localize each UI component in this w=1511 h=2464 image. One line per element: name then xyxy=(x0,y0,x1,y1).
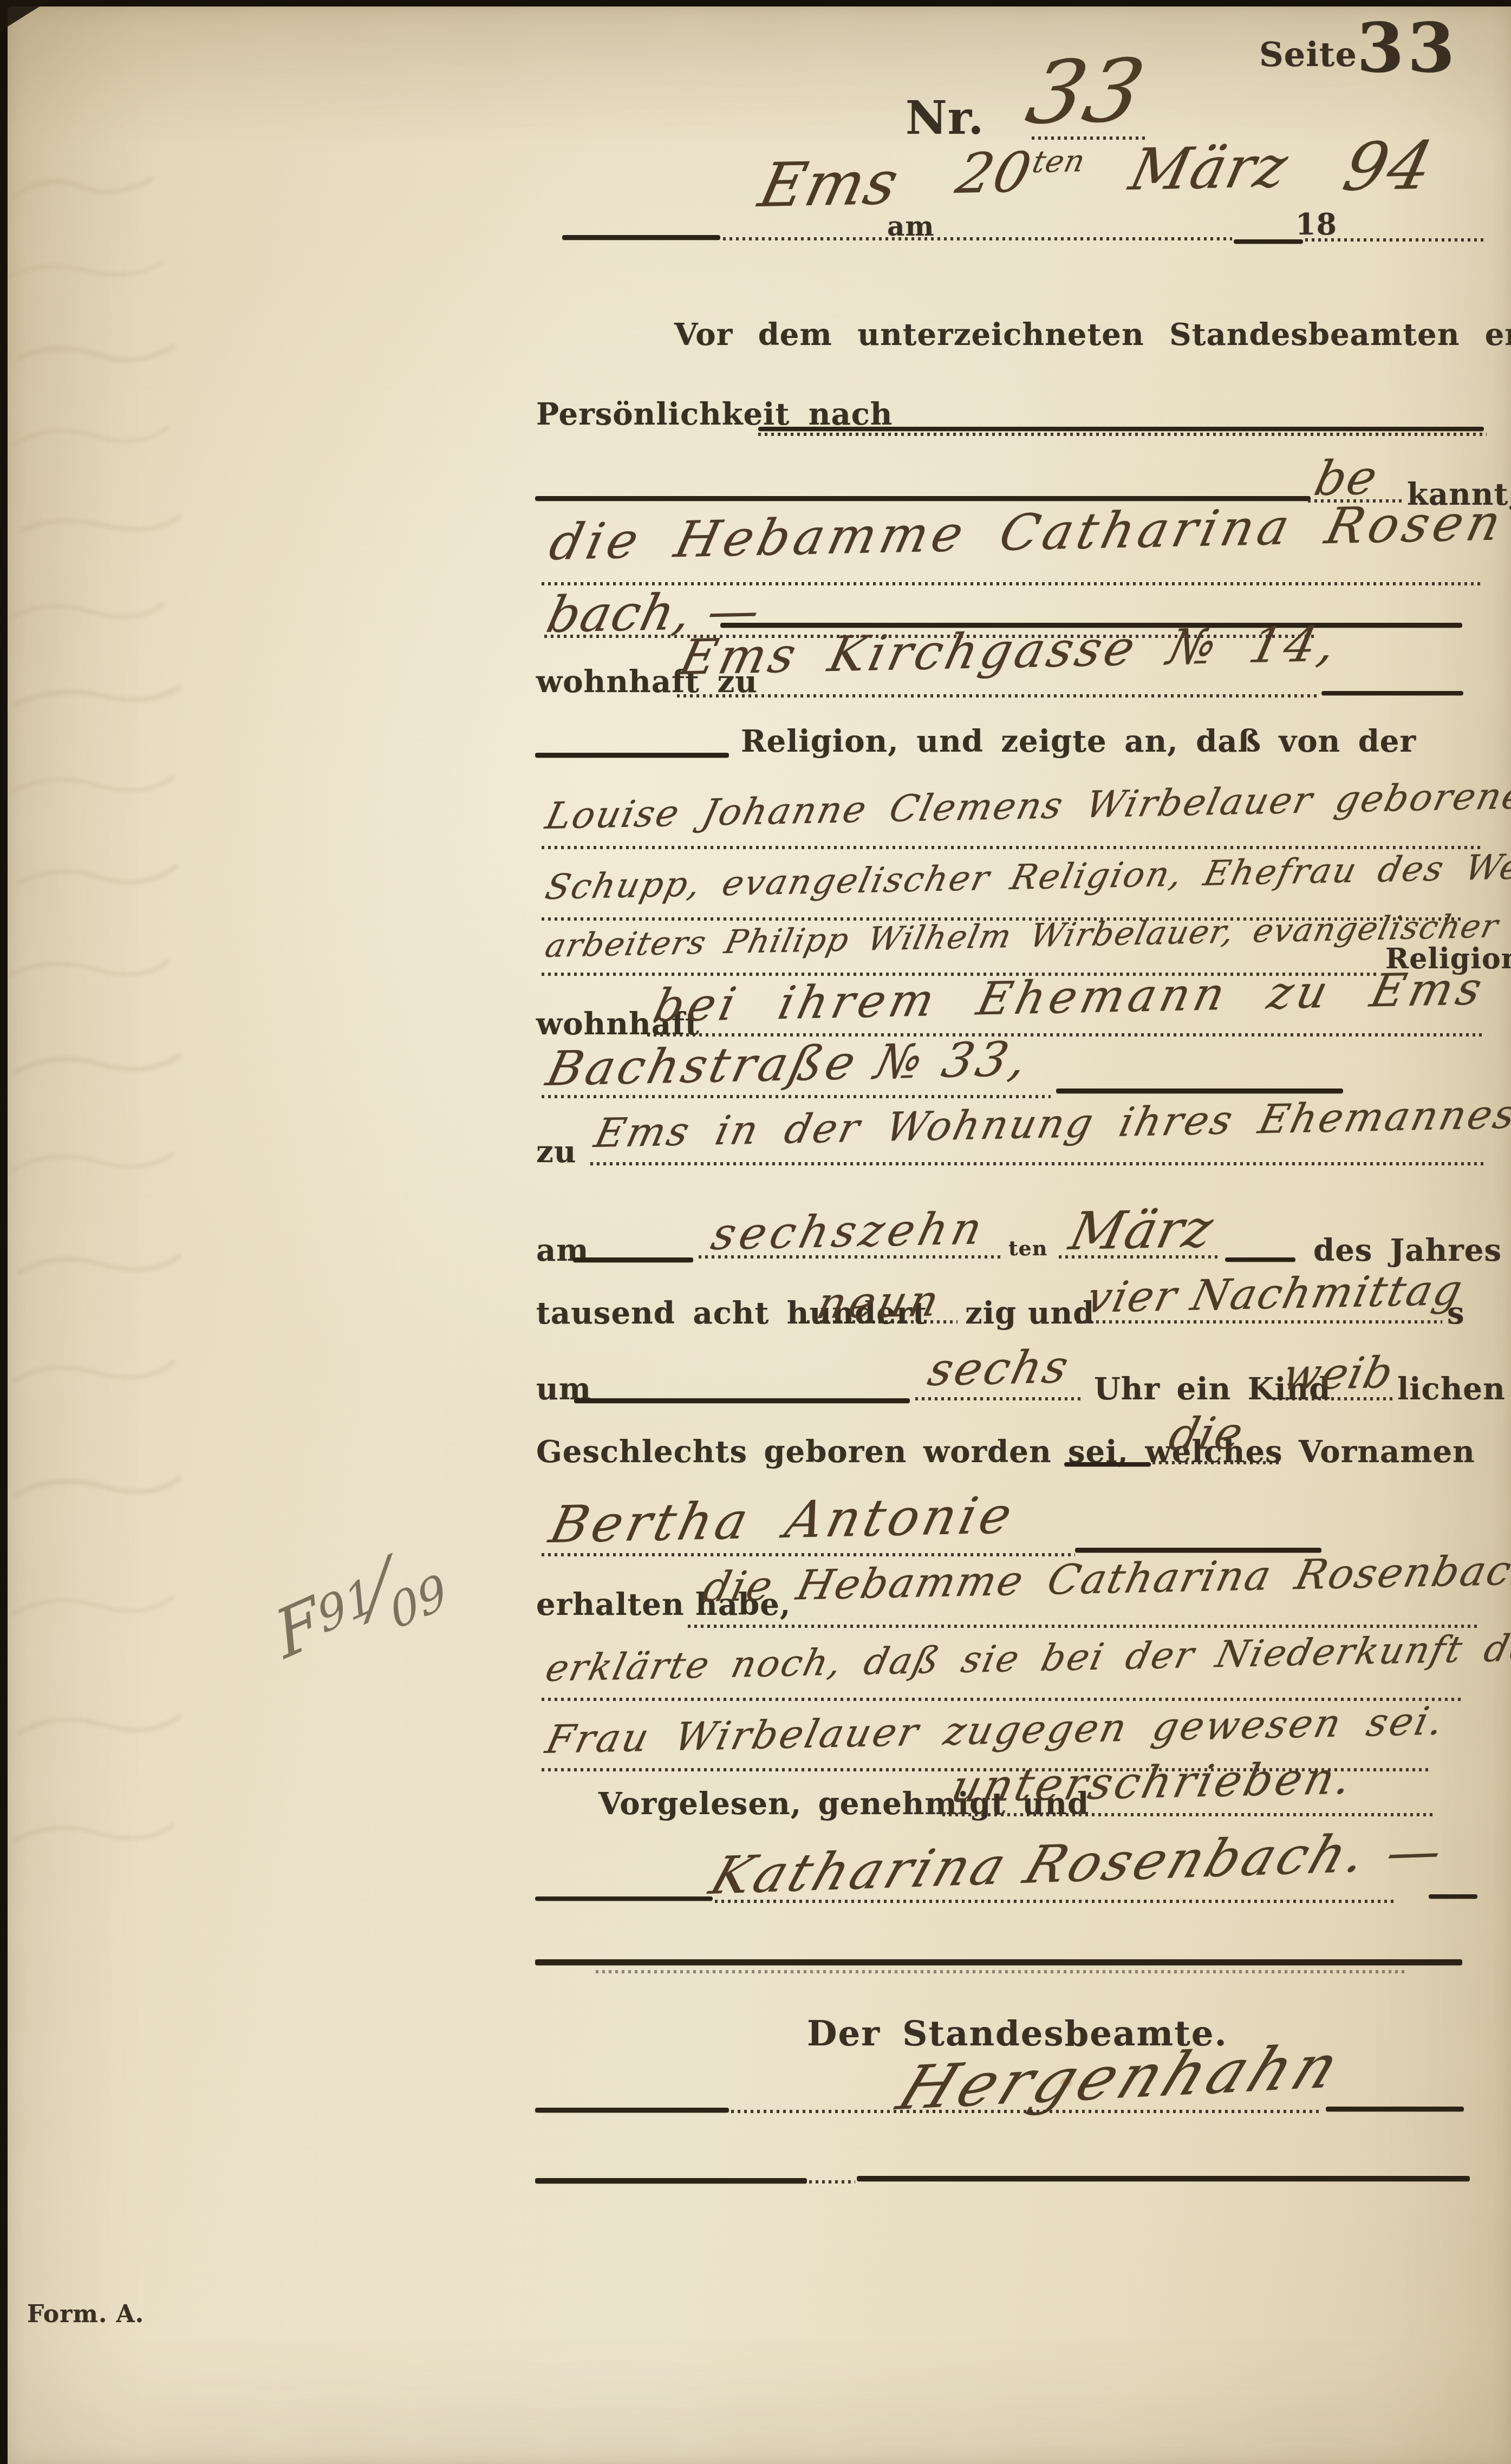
declarant-sig-rule-solid-right xyxy=(1429,1894,1477,1899)
intro-line: Vor dem unterzeichneten Standesbeamten e… xyxy=(674,317,1511,353)
time-rule-dotted-2 xyxy=(1273,1397,1395,1400)
closing-hand: unterschrieben. xyxy=(947,1753,1359,1813)
scanned-register-page: Seite 33 Nr. 33 Ems am 20ten März 18 94 … xyxy=(0,0,1511,2464)
ink-bleedthrough-decoration xyxy=(0,162,227,1895)
dateline-day-suffix: ten xyxy=(1029,144,1089,180)
photo-corner-shadow xyxy=(0,0,50,31)
bottom-rule-solid-left xyxy=(535,2178,807,2183)
birthdate-rule-dotted-2 xyxy=(1059,1255,1221,1259)
birthdate-rule-solid-mid xyxy=(1225,1257,1295,1262)
closing-rule-dotted xyxy=(942,1813,1435,1816)
sex-rule-dotted xyxy=(1152,1461,1280,1464)
birthplace-label: zu xyxy=(536,1134,577,1170)
time-rule-solid xyxy=(574,1398,910,1403)
dateline-month: März xyxy=(1124,133,1295,203)
record-no-underline xyxy=(1032,136,1148,140)
vornamen-printed: Vornamen xyxy=(1299,1434,1475,1470)
dateline-year: 94 xyxy=(1337,127,1441,206)
birthplace-rule-dotted xyxy=(590,1162,1484,1165)
name-rule-dotted xyxy=(542,1553,1075,1556)
record-no-label: Nr. xyxy=(906,91,985,145)
gender-suffix-printed: lichen xyxy=(1397,1371,1506,1407)
birthdate-year-label: des Jahres xyxy=(1313,1233,1502,1268)
dateline-place: Ems xyxy=(753,148,906,221)
dateline-rule-solid-mid xyxy=(1234,239,1303,244)
declarant-sig-rule-solid-left xyxy=(535,1896,713,1901)
dateline-rule-solid-left xyxy=(562,235,720,240)
birthdate-rule-solid-left xyxy=(573,1257,693,1262)
religion-notice: Religion, und zeigte an, daß von der xyxy=(741,723,1416,759)
birthdate-suffix-printed: ten xyxy=(1008,1236,1047,1260)
dateline-day: 20ten xyxy=(950,139,1090,206)
year-s-printed: s xyxy=(1447,1295,1465,1331)
registrar-sig-rule-solid-right xyxy=(1326,2107,1464,2111)
dateline-day-number: 20 xyxy=(950,140,1038,206)
mother-rule-dotted-1 xyxy=(542,846,1484,849)
article-hand: die xyxy=(1164,1407,1249,1461)
gender-hand: weib xyxy=(1278,1347,1399,1400)
street-rule-solid xyxy=(1056,1088,1343,1093)
year-rule-dotted-1 xyxy=(800,1320,958,1324)
birthdate-month-hand: März xyxy=(1064,1198,1220,1262)
street-hand: Bachstraße № 33, xyxy=(542,1031,1035,1097)
birthdate-rule-dotted-1 xyxy=(699,1255,1002,1259)
dateline-rule-dotted-2 xyxy=(1305,238,1484,242)
identity-rule-solid xyxy=(758,427,1484,431)
dateline-century: 18 xyxy=(1295,207,1337,242)
year-unit-hand: vier Nachmittag xyxy=(1082,1266,1468,1322)
page-label: Seite xyxy=(1259,35,1357,74)
bottom-rule-dotted xyxy=(809,2180,855,2183)
time-rule-dotted-1 xyxy=(915,1397,1083,1400)
dateline-rule-dotted-1 xyxy=(723,237,1232,240)
year-zig-printed: zig und xyxy=(965,1295,1095,1331)
birthdate-am-label: am xyxy=(536,1233,589,1268)
separator-rule xyxy=(535,1959,1462,1965)
bottom-rule-solid-right xyxy=(857,2176,1470,2181)
registrar-sig-rule-dotted xyxy=(731,2110,1321,2113)
religion-rule-solid xyxy=(535,753,729,758)
birthdate-day-hand: sechszehn xyxy=(707,1203,991,1260)
year-rule-dotted-2 xyxy=(1077,1320,1442,1324)
time-hour-hand: sechs xyxy=(923,1340,1076,1396)
residence-rule-dotted xyxy=(677,694,1319,698)
received-rule-dotted xyxy=(688,1625,1479,1628)
form-note: Form. A. xyxy=(27,2300,144,2328)
record-no-value: 33 xyxy=(1018,40,1154,144)
residence-rule-solid xyxy=(1321,691,1463,695)
registrar-sig-rule-solid-left xyxy=(535,2108,729,2113)
identity-rule-dotted xyxy=(758,433,1487,436)
sex-rule-solid xyxy=(1064,1462,1151,1466)
page-number: 33 xyxy=(1357,8,1458,88)
separator-rule-echo xyxy=(596,1970,1408,1973)
child-name-hand: Bertha Antonie xyxy=(544,1486,1021,1555)
street-rule-dotted xyxy=(542,1095,1051,1098)
declarant-sig-rule-dotted xyxy=(715,1900,1395,1903)
